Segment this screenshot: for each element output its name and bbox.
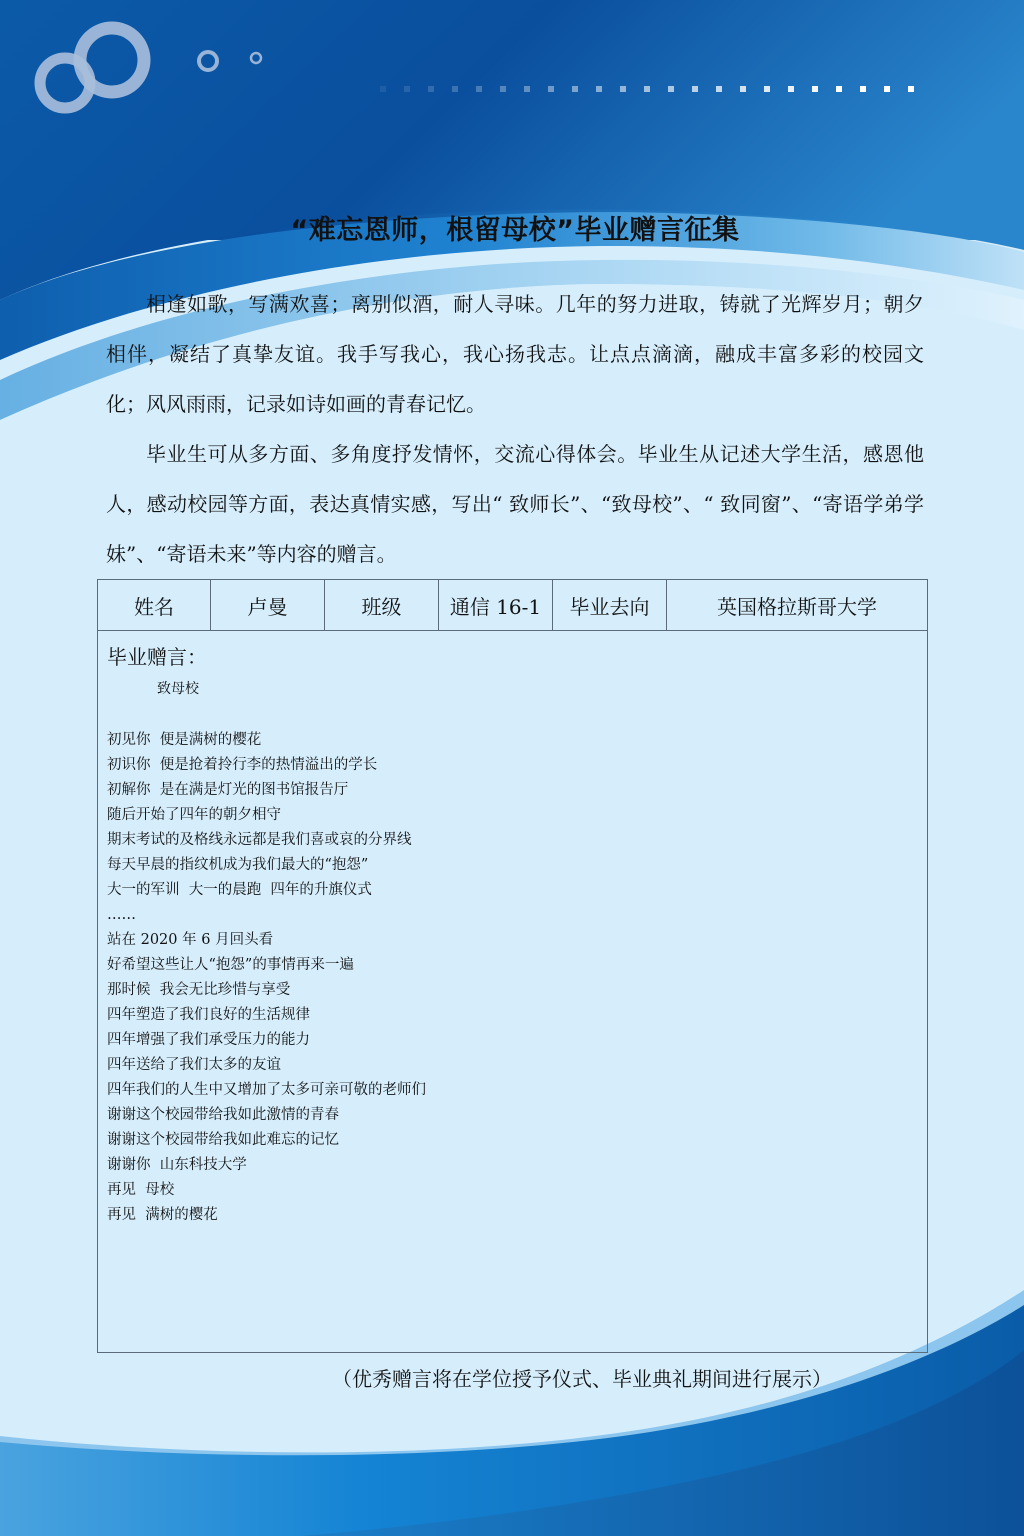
poem-line: 谢谢你 山东科技大学 [107, 1153, 927, 1178]
poem-line: 四年塑造了我们良好的生活规律 [107, 1003, 927, 1028]
class-label-cell: 班级 [325, 580, 439, 630]
page-title: “难忘恩师，根留母校”毕业赠言征集 [0, 208, 1024, 247]
poem: 初见你 便是满树的樱花 初识你 便是抢着拎行李的热情溢出的学长 初解你 是在满是… [107, 728, 927, 1228]
destination-value-cell: 英国格拉斯哥大学 [667, 580, 927, 630]
intro-paragraph-1: 相逢如歌，写满欢喜；离别似酒，耐人寻味。几年的努力进取，铸就了光辉岁月；朝夕相伴… [106, 279, 924, 429]
poem-line: 谢谢这个校园带给我如此激情的青春 [107, 1103, 927, 1128]
message-heading: 致母校 [157, 678, 927, 700]
poem-line: 随后开始了四年的朝夕相守 [107, 803, 927, 828]
poster: “难忘恩师，根留母校”毕业赠言征集 相逢如歌，写满欢喜；离别似酒，耐人寻味。几年… [0, 0, 1024, 1536]
poem-line: 初识你 便是抢着拎行李的热情溢出的学长 [107, 753, 927, 778]
poem-line: 四年我们的人生中又增加了太多可亲可敬的老师们 [107, 1078, 927, 1103]
intro-text-1: 相逢如歌，写满欢喜；离别似酒，耐人寻味。几年的努力进取，铸就了光辉岁月；朝夕相伴… [106, 279, 924, 429]
poem-line: 四年送给了我们太多的友谊 [107, 1053, 927, 1078]
poem-line: 初解你 是在满是灯光的图书馆报告厅 [107, 778, 927, 803]
intro-paragraph-2: 毕业生可从多方面、多角度抒发情怀，交流心得体会。毕业生从记述大学生活，感恩他人，… [106, 429, 924, 579]
poem-line: 初见你 便是满树的樱花 [107, 728, 927, 753]
name-value-cell: 卢曼 [211, 580, 325, 630]
footer-note: （优秀赠言将在学位授予仪式、毕业典礼期间进行展示） [332, 1363, 832, 1392]
poem-line: …… [107, 903, 927, 928]
graduation-message-form: 姓名 卢曼 班级 通信 16-1 毕业去向 英国格拉斯哥大学 毕业赠言： 致母校… [97, 579, 928, 1353]
poem-line: 再见 母校 [107, 1178, 927, 1203]
poem-line: 四年增强了我们承受压力的能力 [107, 1028, 927, 1053]
class-value-cell: 通信 16-1 [439, 580, 553, 630]
name-label-cell: 姓名 [98, 580, 211, 630]
poem-line: 谢谢这个校园带给我如此难忘的记忆 [107, 1128, 927, 1153]
poem-line: 大一的军训 大一的晨跑 四年的升旗仪式 [107, 878, 927, 903]
intro-text-2: 毕业生可从多方面、多角度抒发情怀，交流心得体会。毕业生从记述大学生活，感恩他人，… [106, 429, 924, 579]
message-label: 毕业赠言： [107, 641, 927, 673]
poem-line: 每天早晨的指纹机成为我们最大的“抱怨” [107, 853, 927, 878]
destination-label-cell: 毕业去向 [553, 580, 667, 630]
poem-line: 好希望这些让人“抱怨”的事情再来一遍 [107, 953, 927, 978]
message-area: 毕业赠言： 致母校 初见你 便是满树的樱花 初识你 便是抢着拎行李的热情溢出的学… [98, 631, 927, 1228]
poem-line: 再见 满树的樱花 [107, 1203, 927, 1228]
poem-line: 站在 2020 年 6 月回头看 [107, 928, 927, 953]
poem-line: 期末考试的及格线永远都是我们喜或哀的分界线 [107, 828, 927, 853]
poem-line: 那时候 我会无比珍惜与享受 [107, 978, 927, 1003]
info-row: 姓名 卢曼 班级 通信 16-1 毕业去向 英国格拉斯哥大学 [98, 580, 927, 631]
